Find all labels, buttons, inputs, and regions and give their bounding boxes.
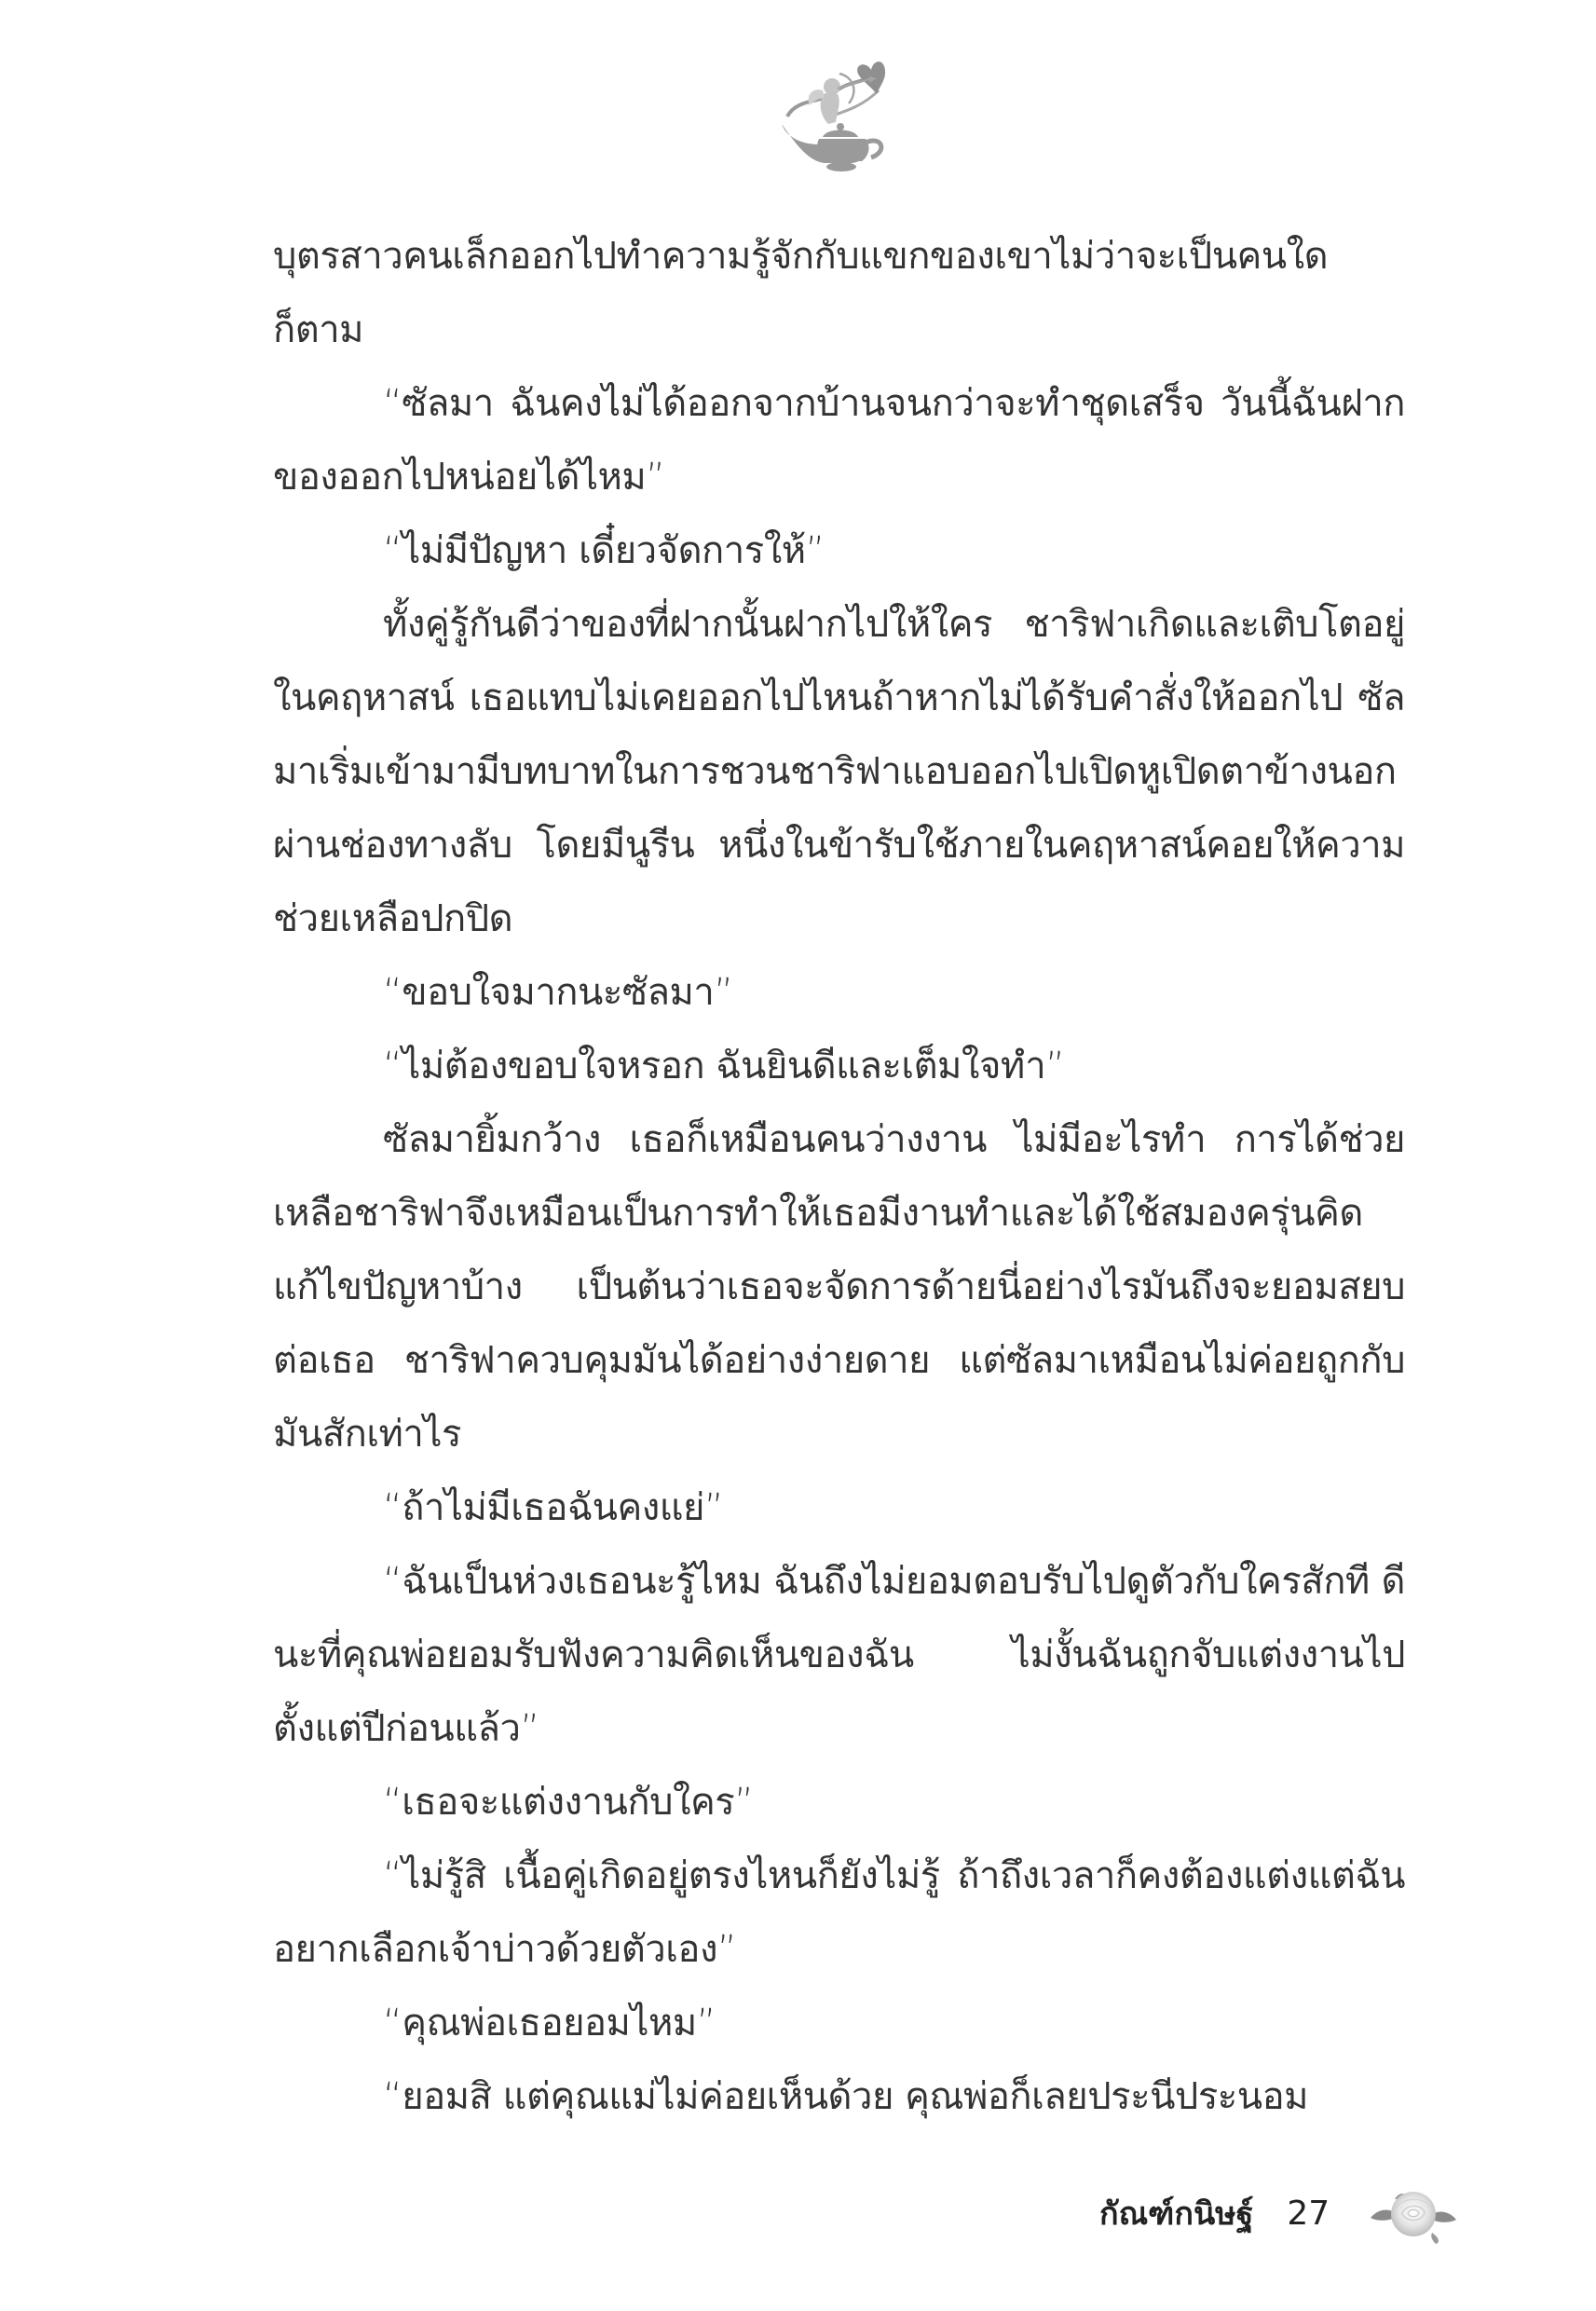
paragraph: ทั้งคู่รู้กันดีว่าของที่ฝากนั้นฝากไปให้ใ… (273, 588, 1405, 956)
page-body: บุตรสาวคนเล็กออกไปทำความรู้จักกับแขกของเ… (273, 220, 1405, 2134)
paragraph: “ซัลมา ฉันคงไม่ได้ออกจากบ้านจนกว่าจะทำชุ… (273, 367, 1405, 514)
cupid-teapot-lamp-icon (769, 51, 908, 172)
paragraph: “ไม่มีปัญหา เดี๋ยวจัดการให้” (273, 514, 1405, 588)
paragraph: “ถ้าไม่มีเธอฉันคงแย่” (273, 1471, 1405, 1545)
paragraph: “ขอบใจมากนะซัลมา” (273, 956, 1405, 1030)
paragraph: “ไม่รู้สิ เนื้อคู่เกิดอยู่ตรงไหนก็ยังไม่… (273, 1839, 1405, 1987)
paragraph: “คุณพ่อเธอยอมไหม” (273, 1987, 1405, 2060)
paragraph: “ไม่ต้องขอบใจหรอก ฉันยินดีและเต็มใจทำ” (273, 1030, 1405, 1103)
book-title: กัณฑ์กนิษฐ์ (1099, 2188, 1253, 2238)
paragraph: “ฉันเป็นห่วงเธอนะรู้ไหม ฉันถึงไม่ยอมตอบร… (273, 1545, 1405, 1766)
paragraph: “เธอจะแต่งงานกับใคร” (273, 1766, 1405, 1839)
paragraph: ซัลมายิ้มกว้าง เธอก็เหมือนคนว่างงาน ไม่ม… (273, 1103, 1405, 1471)
page-footer: กัณฑ์กนิษฐ์ 27 (1071, 2171, 1481, 2255)
page-number: 27 (1287, 2195, 1330, 2233)
paragraph: บุตรสาวคนเล็กออกไปทำความรู้จักกับแขกของเ… (273, 220, 1405, 367)
white-rose-icon (1367, 2181, 1460, 2246)
paragraph: “ยอมสิ แต่คุณแม่ไม่ค่อยเห็นด้วย คุณพ่อก็… (273, 2060, 1405, 2134)
